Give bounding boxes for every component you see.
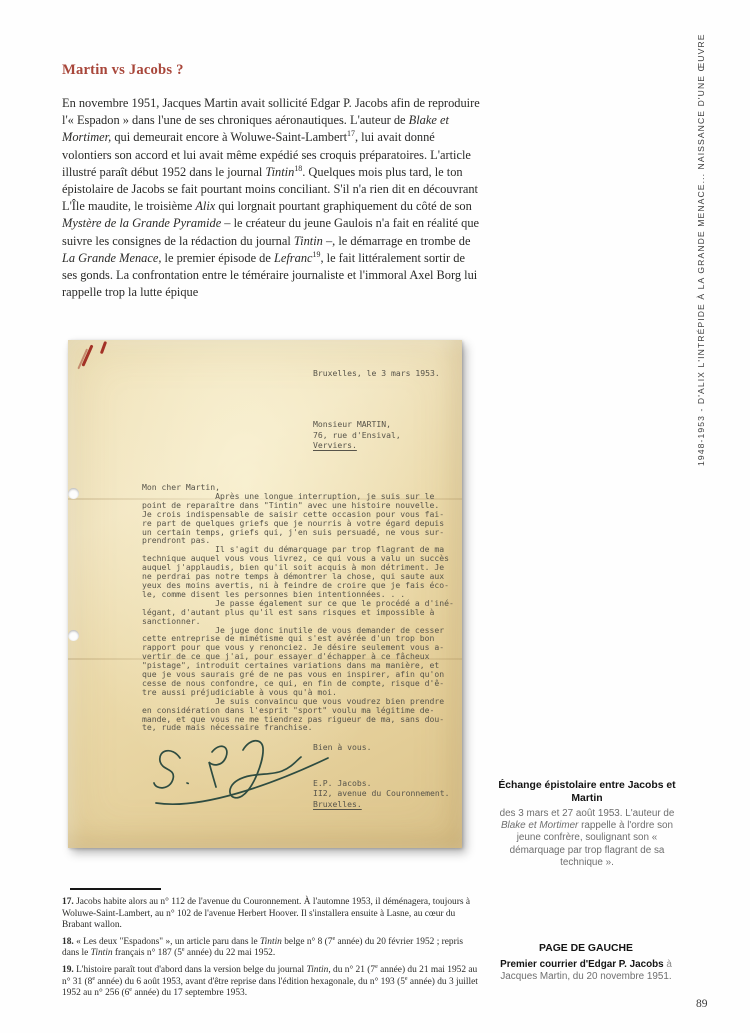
letter-scan: Bruxelles, le 3 mars 1953. Monsieur MART…	[68, 340, 462, 848]
address-line: Monsieur MARTIN,	[313, 419, 401, 430]
footnote-number: 18.	[62, 937, 74, 947]
punch-hole	[68, 488, 79, 499]
signature-handwriting	[146, 730, 336, 808]
signoff-line: E.P. Jacobs.	[313, 778, 449, 788]
page-reference-title: PAGE DE GAUCHE	[486, 943, 686, 956]
article-paragraph: En novembre 1951, Jacques Martin avait s…	[62, 95, 483, 301]
footnote-rule	[70, 888, 161, 890]
footnotes: 17. Jacobs habite alors au n° 112 de l'a…	[62, 897, 482, 1005]
letter-recipient-address: Monsieur MARTIN, 76, rue d'Ensival, Verv…	[313, 419, 401, 451]
address-line: 76, rue d'Ensival,	[313, 430, 401, 441]
letter-paragraph: Je juge donc inutile de vous demander de…	[142, 626, 472, 697]
letter-paragraph: Je suis convaincu que vous voudrez bien …	[142, 697, 472, 733]
footnote-17: 17. Jacobs habite alors au n° 112 de l'a…	[62, 897, 482, 932]
page-reference-subtitle: Premier courrier d'Edgar P. Jacobs à	[486, 959, 686, 972]
letter-paragraph: Après une longue interruption, je suis s…	[142, 492, 472, 545]
letter-caption-body: des 3 mars et 27 août 1953. L'auteur de …	[492, 808, 682, 869]
footnote-text: « Les deux "Espadons" », un article paru…	[62, 937, 463, 959]
red-pencil-mark	[100, 341, 107, 354]
page-reference-caption: PAGE DE GAUCHE Premier courrier d'Edgar …	[486, 943, 686, 984]
footnote-text: L'histoire paraît tout d'abord dans la v…	[62, 965, 478, 998]
letter-caption-title: Échange épistolaire entre Jacobs et Mart…	[492, 780, 682, 805]
book-page: Martin vs Jacobs ? En novembre 1951, Jac…	[0, 0, 750, 1033]
red-pencil-mark	[81, 344, 93, 366]
letter-body: Mon cher Martin, Après une longue interr…	[142, 483, 472, 732]
letter-paragraph: Il s'agit du démarquage par trop flagran…	[142, 545, 472, 598]
footnote-text: Jacobs habite alors au n° 112 de l'avenu…	[62, 897, 470, 930]
running-sidebar-text: 1948-1953 - D'ALIX L'INTRÉPIDE À LA GRAN…	[696, 20, 706, 466]
letter-paragraph: Je passe également sur ce que le procédé…	[142, 599, 472, 626]
footnote-19: 19. L'histoire paraît tout d'abord dans …	[62, 965, 482, 1000]
letter-signoff: E.P. Jacobs. II2, avenue du Couronnement…	[313, 778, 449, 809]
section-heading: Martin vs Jacobs ?	[62, 62, 184, 79]
address-line: Verviers.	[313, 440, 401, 451]
letter-dateline: Bruxelles, le 3 mars 1953.	[313, 368, 440, 378]
page-number: 89	[696, 998, 708, 1010]
signoff-line: II2, avenue du Couronnement.	[313, 788, 449, 798]
footnote-18: 18. « Les deux "Espadons" », un article …	[62, 937, 482, 960]
letter-caption: Échange épistolaire entre Jacobs et Mart…	[492, 780, 682, 869]
footnote-number: 19.	[62, 965, 74, 975]
footnote-number: 17.	[62, 897, 74, 907]
page-reference-detail: Jacques Martin, du 20 novembre 1951.	[486, 971, 686, 984]
punch-hole	[68, 630, 79, 641]
signoff-line: Bruxelles.	[313, 799, 449, 809]
